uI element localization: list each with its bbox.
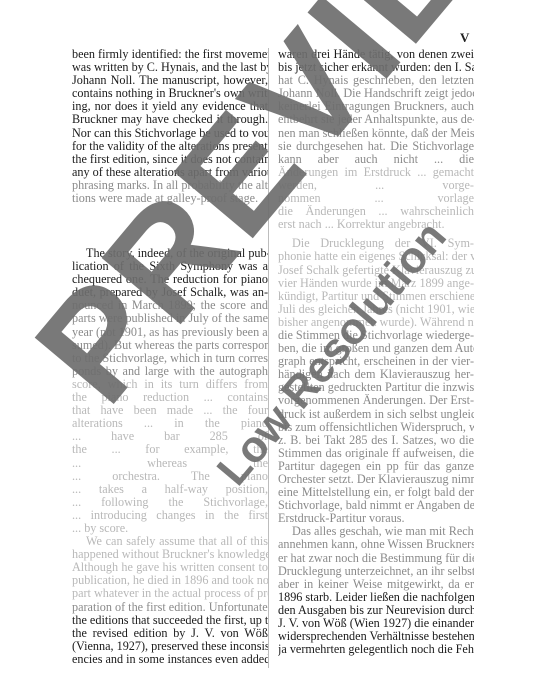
text-line: Partitur dagegen ein pp für das ganze (278, 460, 474, 473)
text-line: ing, nor does it yield any evidence that (72, 100, 268, 113)
text-line: kann aber auch nicht ... die (278, 153, 474, 166)
text-line: any of these alterations apart from vari… (72, 166, 268, 179)
text-line: Orchester setzt. Der Klavierauszug nimmt (278, 473, 474, 486)
text-line: score, which in its turn differs from (72, 378, 268, 391)
text-line: J. V. von Wöß (Wien 1927) die einander (278, 617, 474, 630)
text-line: bis jetzt sicher erkannt wurden: den I. … (278, 61, 474, 74)
text-line: the editions that succeeded the first, u… (72, 614, 268, 627)
text-line: Stichvorlage, bald nimmt er Angaben der (278, 499, 474, 512)
text-line: nommen ... vorlage (278, 192, 474, 205)
text-line: ja vermehrten gelegentlich noch die Feh- (278, 643, 474, 656)
text-line: Johann Noll. The manuscript, however, (72, 74, 268, 87)
text-line: ponds by and large with the autograph (72, 365, 268, 378)
text-line: Erstdruck-Partitur voraus. (278, 512, 474, 525)
text-line: Stimmen das originale ff aufweisen, die (278, 447, 474, 460)
text-line: ... by score. (72, 522, 268, 535)
text-line: hat C. Hynais geschrieben, den letzten (278, 74, 474, 87)
column-divider (268, 48, 269, 668)
text-line: The story, indeed, of the original pub- (72, 247, 268, 260)
text-line: eine Mittelstellung ein, er folgt bald d… (278, 486, 474, 499)
text-line: nen man schließen könnte, daß der Meiste… (278, 127, 474, 140)
text-line: erst nach ... Korrektur angebracht. (278, 218, 474, 231)
text-line: been firmly identified: the first moveme… (72, 48, 268, 61)
text-line: sie durchgesehen hat. Die Stichvorlage (278, 140, 474, 153)
text-line: gestellten gedruckten Partitur die inzwi… (278, 381, 474, 394)
text-line: year (not 1901, as has previously been a… (72, 326, 268, 339)
text-line: phonie hatte ein eigenes Schicksal: der … (278, 250, 474, 263)
text-line: den Ausgaben bis zur Neurevision durch (278, 604, 474, 617)
text-line: sumed). But whereas the parts correspond (72, 339, 268, 352)
text-line: We can safely assume that all of this (72, 535, 268, 548)
text-line: ... following the Stichvorlage, (72, 496, 268, 509)
text-line: ... have bar 285 of (72, 430, 268, 443)
text-line: aber in keiner Weise mitgewirkt, da er (278, 578, 474, 591)
text-line: nounced in March 1899; the score and (72, 299, 268, 312)
text-line: z. B. bei Takt 285 des I. Satzes, wo die (278, 434, 474, 447)
left-column-paragraph-2: The story, indeed, of the original pub- … (72, 247, 268, 666)
text-line: die Änderungen ... wahrscheinlich (278, 205, 474, 218)
text-line: waren drei Hände tätig, von denen zwei (278, 48, 474, 61)
text-line: tions were made at galley-proof stage. (72, 192, 268, 205)
text-line: graph entspricht, erscheinen in der vier… (278, 355, 474, 368)
text-line: happened without Bruckner's knowledge. (72, 548, 268, 561)
text-line: händigen nach dem Klavierauszug her- (278, 368, 474, 381)
text-line: to the Stichvorlage, which in turn corre… (72, 352, 268, 365)
text-line: Juli des gleichen Jahres (nicht 1901, wi… (278, 303, 474, 316)
text-line: paration of the first edition. Unfortuna… (72, 601, 268, 614)
text-line: contains nothing in Bruckner's own writ- (72, 87, 268, 100)
text-line: entbehrt sie jeder Anhaltspunkte, aus de… (278, 113, 474, 126)
text-line: (Vienna, 1927), preserved these inconsis… (72, 640, 268, 653)
right-column: waren drei Hände tätig, von denen zwei b… (278, 48, 474, 656)
text-line: vorgenommenen Änderungen. Der Erst- (278, 394, 474, 407)
text-line: kündigt, Partitur und Stimmen erschienen… (278, 290, 474, 303)
text-line: Nor can this Stichvorlage be used to vou… (72, 127, 268, 140)
text-line: the piano reduction ... contains (72, 391, 268, 404)
text-line: Although he gave his written consent to (72, 561, 268, 574)
text-line: bisher angenommen wurde). Während nun (278, 316, 474, 329)
text-line: die Stimmen die Stichvorlage wiederge- (278, 329, 474, 342)
text-line: vier Händen wurde im März 1899 ange- (278, 277, 474, 290)
text-line: was written by C. Hynais, and the last b… (72, 61, 268, 74)
text-line: Johann Noll. Die Handschrift zeigt jedoc… (278, 87, 474, 100)
text-line: part whatever in the actual process of p… (72, 587, 268, 600)
text-line: Bruckner may have checked it through. (72, 113, 268, 126)
text-line: widersprechenden Verhältnisse bestehen, (278, 630, 474, 643)
text-line: parts were published in July of the same (72, 312, 268, 325)
text-line: lication of the Sixth Symphony was a (72, 260, 268, 273)
text-line: Die Drucklegung der VI. Sym- (278, 237, 474, 250)
text-line: werden, ... vorge- (278, 179, 474, 192)
text-line: er hat zwar noch die Bestimmung für die (278, 552, 474, 565)
text-line: Das alles geschah, wie man mit Recht (278, 525, 474, 538)
text-line: bis zum offensichtlichen Widerspruch, wi… (278, 421, 474, 434)
text-line: encies and in some instances even added (72, 653, 268, 666)
page-number: V (460, 30, 469, 46)
text-line: Josef Schalk gefertigte Klavierauszug zu (278, 264, 474, 277)
text-line: 1896 starb. Leider ließen die nachfolgen… (278, 591, 474, 604)
text-line: the revised edition by J. V. von Wöß (72, 627, 268, 640)
text-line: for the validity of the alterations pres… (72, 140, 268, 153)
text-line: publication, he died in 1896 and took no (72, 574, 268, 587)
text-line: chequered one. The reduction for piano (72, 273, 268, 286)
text-line: phrasing marks. In all probability the a… (72, 179, 268, 192)
text-line: ben, die im großen und ganzen dem Auto- (278, 342, 474, 355)
text-line: ... introducing changes in the first (72, 509, 268, 522)
text-line: ... whereas the (72, 457, 268, 470)
text-line: ... orchestra. The piano (72, 470, 268, 483)
document-page: V been firmly identified: the first move… (0, 0, 534, 700)
text-line: keinerlei Eintragungen Bruckners, auch (278, 100, 474, 113)
text-line: ... takes a half-way position, (72, 483, 268, 496)
text-line: the ... for example, the (72, 443, 268, 456)
text-line: the first edition, since it does not con… (72, 153, 268, 166)
left-column-paragraph-1: been firmly identified: the first moveme… (72, 48, 268, 205)
text-line: duet, prepared by Josef Schalk, was an- (72, 286, 268, 299)
text-line: alterations ... in the piano (72, 417, 268, 430)
text-line: druck ist außerdem in sich selbst unglei… (278, 408, 474, 421)
text-line: Änderungen im Erstdruck ... gemacht (278, 166, 474, 179)
text-line: Drucklegung unterzeichnet, an ihr selbst (278, 565, 474, 578)
text-line: that have been made ... the four (72, 404, 268, 417)
text-line: annehmen kann, ohne Wissen Bruckners; (278, 538, 474, 551)
